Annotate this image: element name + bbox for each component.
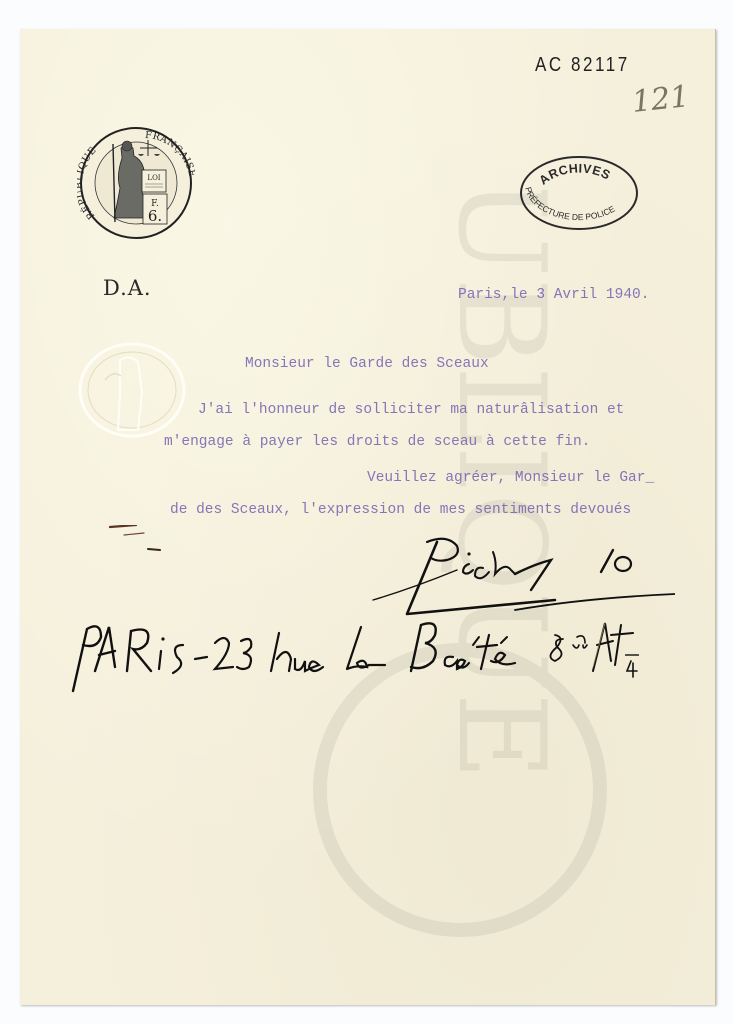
archives-prefecture-stamp-icon: ARCHIVES PRÉFECTURE DE POLICE	[515, 152, 643, 234]
body-line-4: de des Sceaux, l'expression de mes senti…	[170, 502, 631, 518]
stamp-text-prefecture: PRÉFECTURE DE POLICE	[523, 186, 617, 222]
handwritten-signature: Picasso	[365, 528, 675, 618]
body-line-3: Veuillez agréer, Monsieur le Gar_	[367, 470, 654, 486]
salutation: Monsieur le Garde des Sceaux	[245, 356, 489, 372]
stamp-text-archives: ARCHIVES	[537, 161, 613, 187]
body-line-1: J'ai l'honneur de solliciter ma naturâli…	[198, 402, 624, 418]
date-line: Paris,le 3 Avril 1940.	[458, 287, 649, 303]
embossed-dry-seal-icon	[75, 340, 190, 440]
seal-tablet-text: LOI	[147, 174, 160, 182]
department-mark: D.A.	[103, 276, 152, 300]
page-number: 121	[630, 79, 691, 120]
handwritten-address: PARIS - 23 Rue La Boétie 8e Apt 4	[65, 615, 720, 695]
body-line-2: m'engage à payer les droits de sceau à c…	[164, 434, 590, 450]
ink-marks	[108, 525, 168, 555]
svg-text:ARCHIVES: ARCHIVES	[537, 161, 613, 187]
republique-francaise-seal-icon: RÉPUBLIQUE FRANÇAISE LOI F. 6.	[77, 126, 195, 240]
reference-number: AC 82117	[535, 54, 630, 77]
seal-denomination-value: 6.	[148, 207, 162, 225]
svg-text:PRÉFECTURE DE POLICE: PRÉFECTURE DE POLICE	[523, 186, 617, 222]
